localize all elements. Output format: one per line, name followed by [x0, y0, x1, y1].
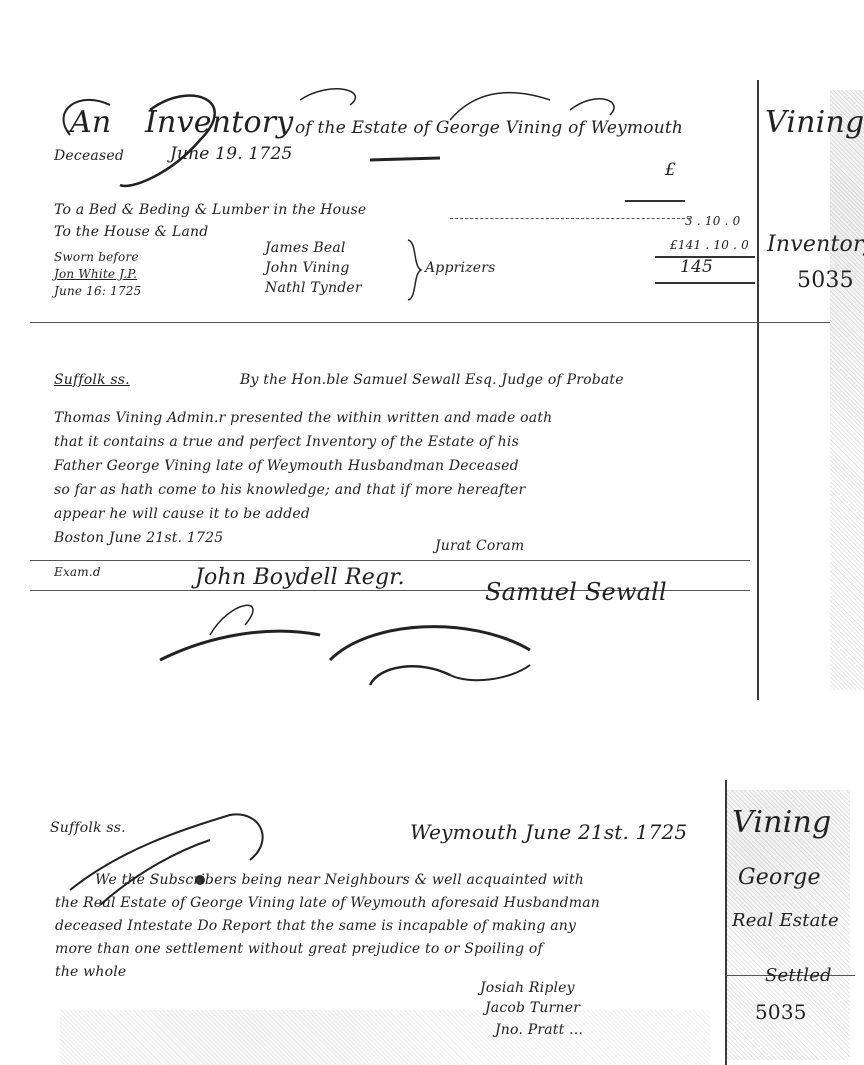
place-date: Weymouth June 21st. 1725: [410, 820, 687, 844]
docket-divider: [725, 780, 727, 1065]
appraiser-name: John Vining: [265, 260, 350, 276]
docket-name: Vining: [765, 105, 864, 140]
closing-flourish: [150, 580, 670, 690]
pound-symbol: £: [665, 160, 676, 180]
signature-rule: [30, 560, 750, 561]
body-line: the Real Estate of George Vining late of…: [55, 895, 600, 911]
heading-inventory: Inventory: [145, 105, 293, 140]
heading-deceased: Deceased: [54, 148, 124, 164]
docket-first-name: George: [738, 865, 821, 890]
oath-line: Father George Vining late of Weymouth Hu…: [54, 458, 519, 474]
heading-an: An: [70, 105, 111, 140]
docket-shading: [830, 90, 864, 690]
subscriber-signature: Josiah Ripley: [480, 980, 575, 996]
item-label: To the House & Land: [54, 224, 208, 240]
appraiser-name: Nathl Tynder: [265, 280, 362, 296]
total-rule: [655, 282, 755, 284]
appraisers-label: Apprizers: [425, 260, 496, 276]
examined-note: Exam.d: [54, 565, 101, 579]
docket-type: Real Estate: [732, 910, 839, 931]
body-line: the whole: [55, 964, 126, 980]
total-amount: 145: [680, 257, 713, 277]
docket-name: Vining: [732, 805, 831, 840]
docket-number: 5035: [797, 268, 854, 293]
inventory-page: An Inventory of the Estate of George Vin…: [30, 60, 864, 690]
appraiser-name: James Beal: [265, 240, 346, 256]
oath-line: so far as hath come to his knowledge; an…: [54, 482, 525, 498]
jurat-coram: Jurat Coram: [435, 538, 524, 554]
sworn-date: June 16: 1725: [54, 284, 141, 298]
settlement-page: Suffolk ss. Weymouth June 21st. 1725 We …: [20, 780, 864, 1065]
body-line: more than one settlement without great p…: [55, 941, 543, 957]
appraiser-brace: [405, 238, 425, 302]
body-line: We the Subscribers being near Neighbours…: [95, 872, 584, 888]
oath-line: appear he will cause it to be added: [54, 506, 310, 522]
sworn-before: Sworn before: [54, 250, 139, 264]
section-divider: [30, 322, 830, 323]
item-leader: [450, 218, 690, 219]
item-label: To a Bed & Beding & Lumber in the House: [54, 202, 366, 218]
item-amount: £141 . 10 . 0: [670, 238, 749, 252]
sworn-justice: Jon White J.P.: [54, 267, 137, 281]
heading-date: June 19. 1725: [170, 144, 292, 164]
docket-divider: [757, 80, 759, 700]
heading-estate: of the Estate of George Vining of Weymou…: [295, 118, 683, 138]
docket-type: Inventory: [767, 232, 864, 257]
body-line: deceased Intestate Do Report that the sa…: [55, 918, 576, 934]
docket-status: Settled: [765, 965, 832, 986]
docket-number: 5035: [755, 1000, 807, 1024]
judge-line: By the Hon.ble Samuel Sewall Esq. Judge …: [240, 372, 624, 388]
pound-rule: [625, 200, 685, 202]
oath-line: Thomas Vining Admin.r presented the with…: [54, 410, 552, 426]
we-initial-flourish: [60, 800, 300, 910]
county-suffolk: Suffolk ss.: [54, 372, 130, 388]
place-date: Boston June 21st. 1725: [54, 530, 223, 546]
item-amount: 3 . 10 . 0: [685, 214, 740, 228]
scan-noise: [60, 1010, 710, 1065]
oath-line: that it contains a true and perfect Inve…: [54, 434, 519, 450]
